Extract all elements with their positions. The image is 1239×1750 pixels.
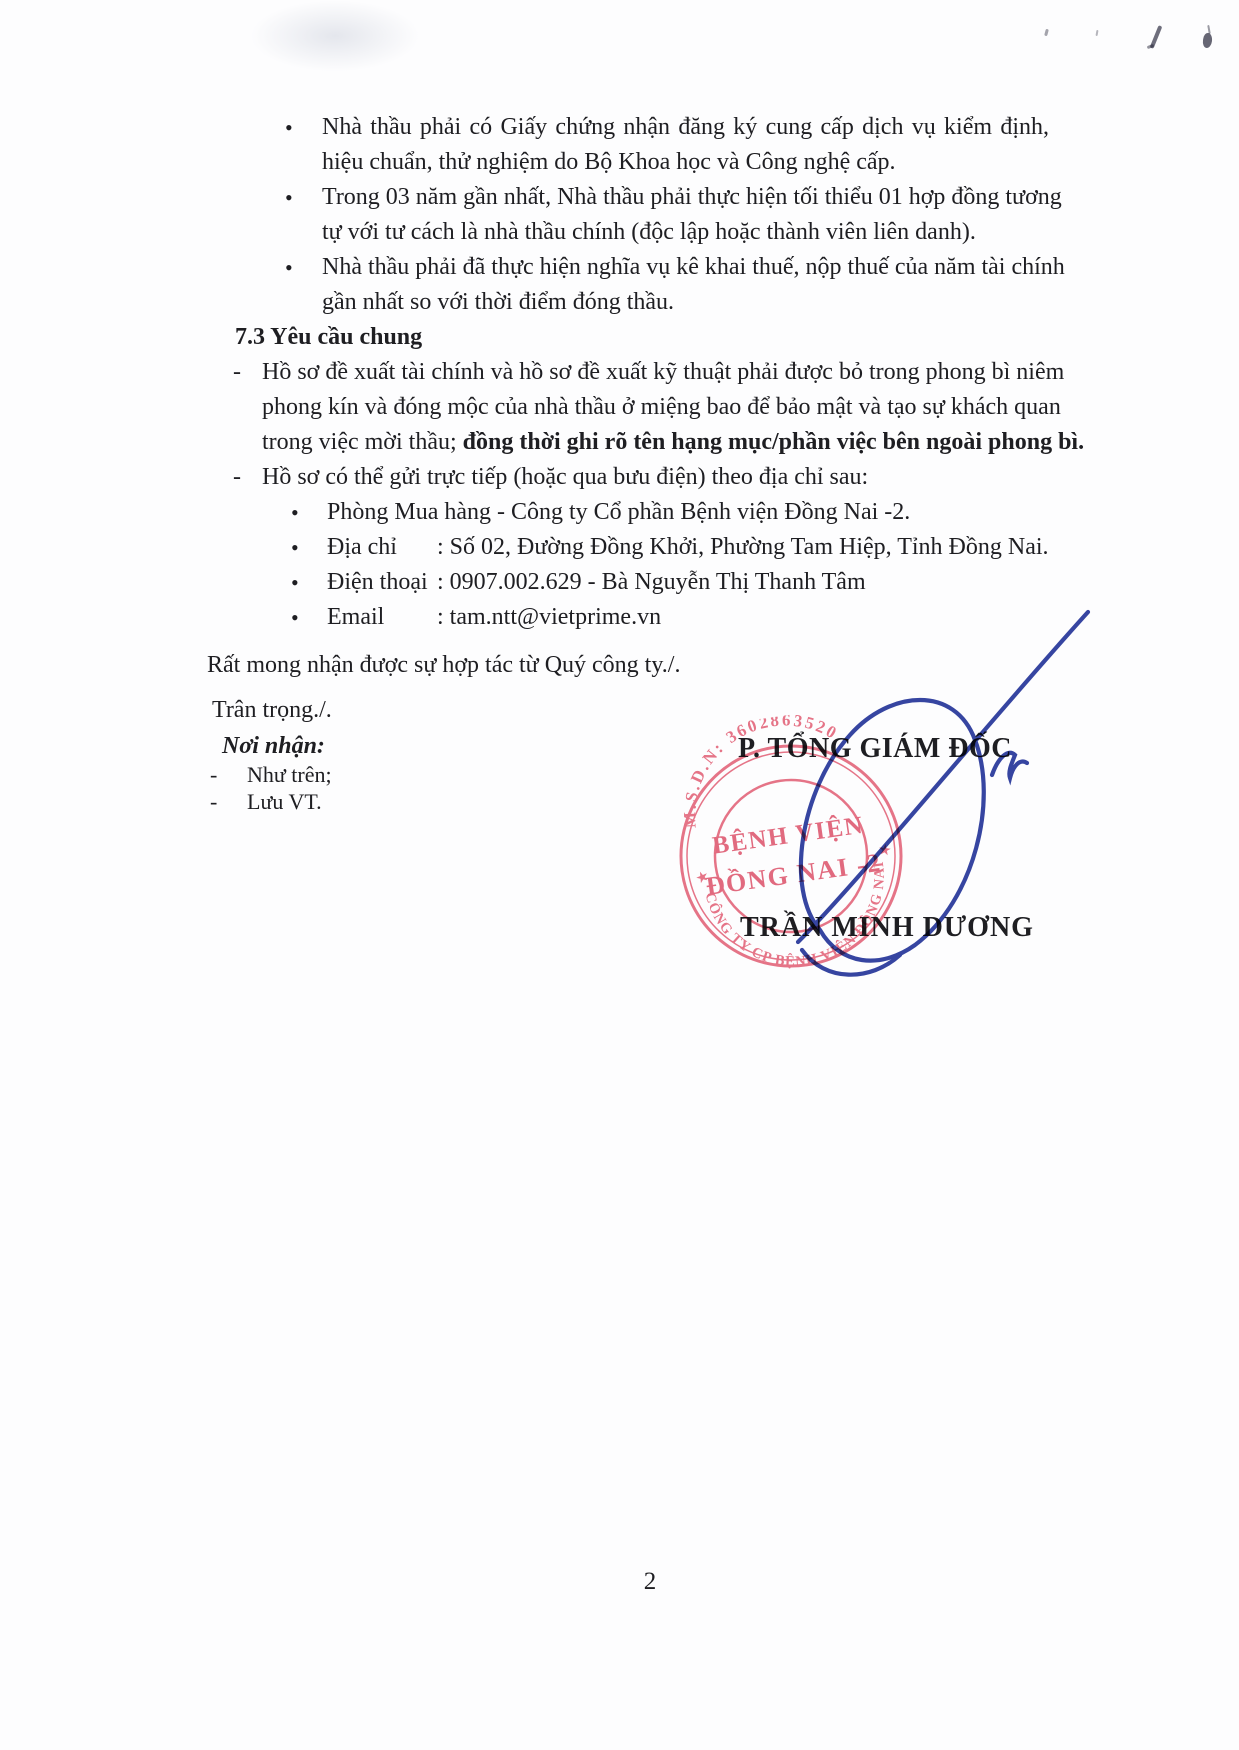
requirement-text: gần nhất so với thời điểm đóng thầu.: [322, 289, 674, 315]
general-requirement-line: - Hồ sơ có thể gửi trực tiếp (hoặc qua b…: [0, 460, 1239, 495]
dash-icon: -: [210, 761, 217, 788]
section-heading: 7.3 Yêu cầu chung: [0, 320, 1239, 355]
contact-label: Địa chỉ: [327, 530, 437, 565]
contact-text: Phòng Mua hàng - Công ty Cổ phần Bệnh vi…: [327, 499, 910, 525]
requirement-text: hiệu chuẩn, thử nghiệm do Bộ Khoa học và…: [322, 149, 896, 175]
recipients-block: Nơi nhận: - Như trên; - Lưu VT.: [0, 731, 332, 815]
general-requirement-text: phong kín và đóng mộc của nhà thầu ở miệ…: [262, 394, 1061, 420]
requirement-item-line: • Nhà thầu phải có Giấy chứng nhận đăng …: [0, 110, 1239, 145]
signature-diagonal: [798, 612, 1088, 942]
recipient-item: - Lưu VT.: [0, 788, 332, 815]
dash-icon: -: [233, 460, 241, 495]
general-requirement-line: trong việc mời thầu; đồng thời ghi rõ tê…: [0, 425, 1239, 460]
bullet-icon: •: [291, 565, 299, 600]
dash-icon: -: [233, 355, 241, 390]
signature-loop: [801, 700, 984, 961]
signature-scribble: [740, 590, 1120, 990]
scan-smudge: [250, 0, 420, 72]
bullet-icon: •: [291, 495, 299, 530]
general-requirement-text: Hồ sơ đề xuất tài chính và hồ sơ đề xuất…: [262, 359, 1064, 385]
requirement-text: Trong 03 năm gần nhất, Nhà thầu phải thự…: [322, 184, 1062, 210]
contact-value: : tam.ntt@vietprime.vn: [437, 604, 661, 630]
bullet-icon: •: [291, 600, 299, 635]
general-requirement-text: trong việc mời thầu;: [262, 429, 463, 455]
requirement-item-line: tự với tư cách là nhà thầu chính (độc lậ…: [0, 215, 1239, 250]
page-number: 2: [600, 1568, 700, 1596]
recipients-heading: Nơi nhận:: [0, 731, 332, 761]
stray-ink-mark: [1207, 25, 1211, 34]
stray-ink-mark: [1095, 30, 1098, 36]
bullet-icon: •: [291, 530, 299, 565]
document-page: • Nhà thầu phải có Giấy chứng nhận đăng …: [0, 0, 1239, 1750]
recipient-text: Như trên;: [247, 762, 332, 787]
contact-item: • Phòng Mua hàng - Công ty Cổ phần Bệnh …: [0, 495, 1239, 530]
requirement-text: Nhà thầu phải có Giấy chứng nhận đăng ký…: [322, 114, 1049, 140]
stray-ink-mark: [1044, 29, 1049, 37]
general-requirement-line: phong kín và đóng mộc của nhà thầu ở miệ…: [0, 390, 1239, 425]
contact-item: • Địa chỉ: Số 02, Đường Đồng Khởi, Phườn…: [0, 530, 1239, 565]
signature-flick: [992, 753, 1027, 778]
contact-label: Điện thoại: [327, 565, 437, 600]
contact-value: : Số 02, Đường Đồng Khởi, Phường Tam Hiệ…: [437, 534, 1049, 560]
recipient-item: - Như trên;: [0, 761, 332, 788]
requirement-item-line: • Trong 03 năm gần nhất, Nhà thầu phải t…: [0, 180, 1239, 215]
dash-icon: -: [210, 788, 217, 815]
bullet-icon: •: [285, 250, 293, 285]
general-requirement-line: - Hồ sơ đề xuất tài chính và hồ sơ đề xu…: [0, 355, 1239, 390]
requirement-item-line: gần nhất so với thời điểm đóng thầu.: [0, 285, 1239, 320]
bullet-icon: •: [285, 180, 293, 215]
bullet-icon: •: [285, 110, 293, 145]
recipient-text: Lưu VT.: [247, 789, 322, 814]
general-requirement-text-bold: đồng thời ghi rõ tên hạng mục/phần việc …: [463, 429, 1084, 455]
requirement-item-line: hiệu chuẩn, thử nghiệm do Bộ Khoa học và…: [0, 145, 1239, 180]
contact-label: Email: [327, 600, 437, 635]
requirement-text: tự với tư cách là nhà thầu chính (độc lậ…: [322, 219, 976, 245]
requirement-item-line: • Nhà thầu phải đã thực hiện nghĩa vụ kê…: [0, 250, 1239, 285]
signature-tail: [802, 950, 900, 975]
general-requirement-text: Hồ sơ có thể gửi trực tiếp (hoặc qua bưu…: [262, 464, 868, 490]
requirement-text: Nhà thầu phải đã thực hiện nghĩa vụ kê k…: [322, 254, 1065, 280]
stray-ink-mark: [1202, 32, 1213, 48]
